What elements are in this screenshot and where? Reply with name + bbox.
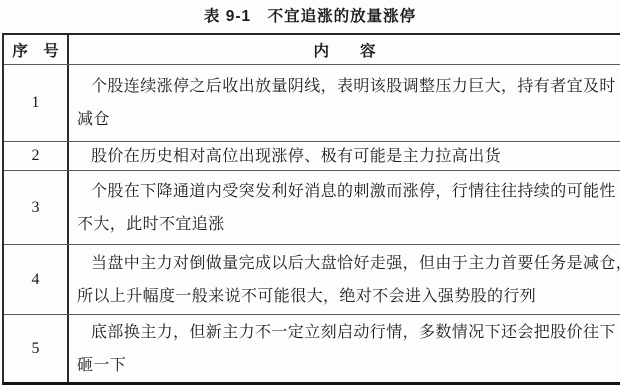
header-number-cell: 序 号: [4, 35, 69, 64]
table-row: 4 当盘中主力对倒做量完成以后大盘恰好走强，但由于主力首要任务是减仓， 所以上升…: [4, 245, 620, 315]
row-content-cell: 股价在历史相对高位出现涨停、极有可能是主力拉高出货: [69, 142, 620, 170]
row-content-text: 底部换主力，但新主力不一定立刻启动行情，多数情况下还会把股价往下 砸一下: [69, 316, 616, 382]
row-number-cell: 1: [4, 65, 69, 141]
row-content-cell: 当盘中主力对倒做量完成以后大盘恰好走强，但由于主力首要任务是减仓， 所以上升幅度…: [69, 245, 620, 314]
row-number-cell: 3: [4, 171, 69, 244]
row-number-cell: 4: [4, 245, 69, 314]
row-number-cell: 5: [4, 315, 69, 382]
header-number-label: 序 号: [12, 39, 59, 61]
row-content-cell: 个股在下降通道内受突发利好消息的刺激而涨停，行情往往持续的可能性 不大，此时不宜…: [69, 171, 620, 244]
row-content-cell: 底部换主力，但新主力不一定立刻启动行情，多数情况下还会把股价往下 砸一下: [69, 315, 620, 382]
row-content-text: 股价在历史相对高位出现涨停、极有可能是主力拉高出货: [69, 142, 501, 170]
table-row: 5 底部换主力，但新主力不一定立刻启动行情，多数情况下还会把股价往下 砸一下: [4, 315, 620, 382]
table-row: 3 个股在下降通道内受突发利好消息的刺激而涨停，行情往往持续的可能性 不大，此时…: [4, 171, 620, 245]
table-header-row: 序 号 内 容: [4, 35, 620, 65]
row-number-cell: 2: [4, 142, 69, 170]
header-content-label: 内 容: [313, 39, 375, 61]
row-content-text: 个股在下降通道内受突发利好消息的刺激而涨停，行情往往持续的可能性 不大，此时不宜…: [69, 175, 616, 241]
row-content-text: 个股连续涨停之后收出放量阴线，表明该股调整压力巨大，持有者宜及时 减仓: [69, 70, 616, 136]
scanned-book-page: 表 9-1 不宜追涨的放量涨停 序 号 内 容 1 个股连续涨停之后收出放量阴线…: [0, 0, 620, 386]
row-content-text: 当盘中主力对倒做量完成以后大盘恰好走强，但由于主力首要任务是减仓， 所以上升幅度…: [69, 247, 620, 313]
header-content-cell: 内 容: [69, 35, 620, 64]
row-content-cell: 个股连续涨停之后收出放量阴线，表明该股调整压力巨大，持有者宜及时 减仓: [69, 65, 620, 141]
table-row: 2 股价在历史相对高位出现涨停、极有可能是主力拉高出货: [4, 142, 620, 171]
table-row: 1 个股连续涨停之后收出放量阴线，表明该股调整压力巨大，持有者宜及时 减仓: [4, 65, 620, 142]
table: 序 号 内 容 1 个股连续涨停之后收出放量阴线，表明该股调整压力巨大，持有者宜…: [2, 33, 620, 385]
table-title: 表 9-1 不宜追涨的放量涨停: [0, 4, 620, 26]
